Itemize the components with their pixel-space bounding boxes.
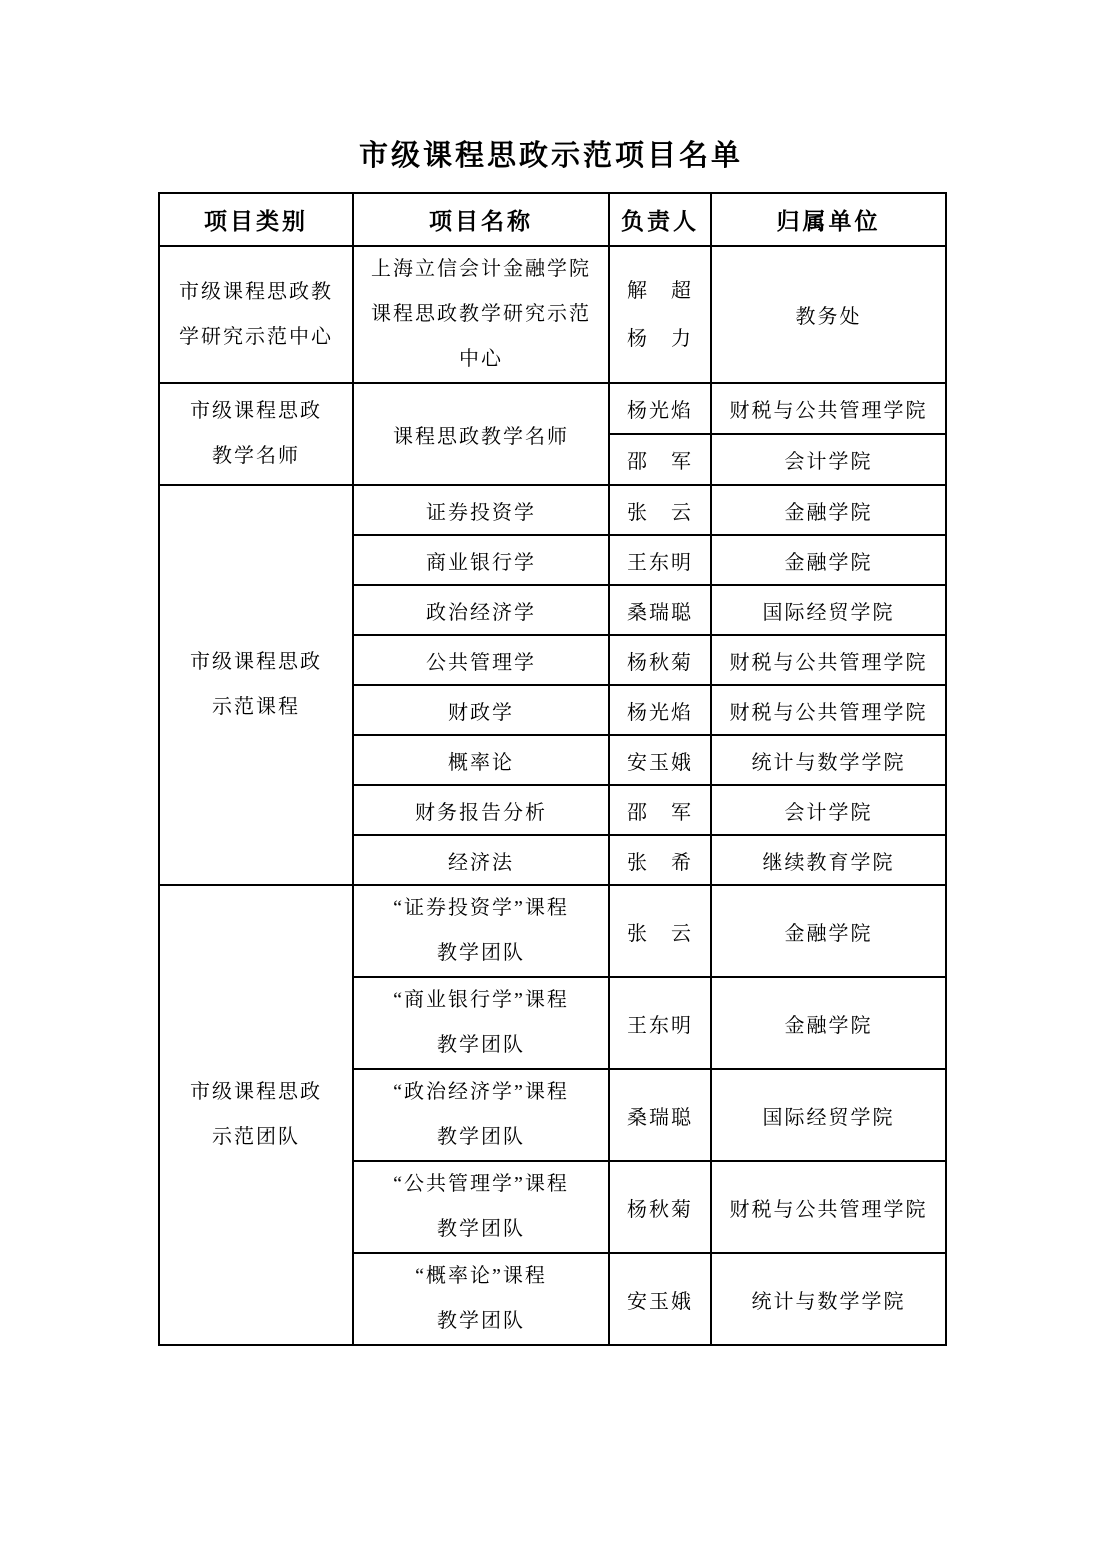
unit-cell: 统计与数学学院 xyxy=(711,1253,946,1345)
leader-cell: 张 云 xyxy=(609,885,711,977)
leader-cell: 解 超 杨 力 xyxy=(609,246,711,383)
projects-table: 项目类别 项目名称 负责人 归属单位 市级课程思政教 学研究示范中心 上海立信会… xyxy=(158,192,947,1346)
unit-cell: 财税与公共管理学院 xyxy=(711,383,946,434)
header-row: 项目类别 项目名称 负责人 归属单位 xyxy=(159,193,946,246)
leader-cell: 邵 军 xyxy=(609,434,711,485)
col-header-project-category: 项目类别 xyxy=(159,193,353,246)
project-name-cell: “公共管理学”课程 教学团队 xyxy=(353,1161,609,1253)
unit-cell: 会计学院 xyxy=(711,434,946,485)
project-name-cell: 经济法 xyxy=(353,835,609,885)
unit-cell: 金融学院 xyxy=(711,535,946,585)
leader-cell: 杨秋菊 xyxy=(609,1161,711,1253)
unit-cell: 金融学院 xyxy=(711,485,946,535)
leader-cell: 桑瑞聪 xyxy=(609,585,711,635)
project-name-cell: 商业银行学 xyxy=(353,535,609,585)
project-name-cell: 上海立信会计金融学院 课程思政教学研究示范 中心 xyxy=(353,246,609,383)
leader-cell: 桑瑞聪 xyxy=(609,1069,711,1161)
unit-cell: 财税与公共管理学院 xyxy=(711,685,946,735)
project-name-cell: 概率论 xyxy=(353,735,609,785)
unit-cell: 统计与数学学院 xyxy=(711,735,946,785)
category-cell: 市级课程思政 示范团队 xyxy=(159,885,353,1345)
table-row: 市级课程思政教 学研究示范中心 上海立信会计金融学院 课程思政教学研究示范 中心… xyxy=(159,246,946,383)
unit-cell: 财税与公共管理学院 xyxy=(711,635,946,685)
category-cell: 市级课程思政教 学研究示范中心 xyxy=(159,246,353,383)
col-header-project-name: 项目名称 xyxy=(353,193,609,246)
project-name-cell: “证券投资学”课程 教学团队 xyxy=(353,885,609,977)
leader-cell: 张 希 xyxy=(609,835,711,885)
leader-cell: 杨秋菊 xyxy=(609,635,711,685)
leader-cell: 王东明 xyxy=(609,977,711,1069)
leader-cell: 安玉娥 xyxy=(609,1253,711,1345)
project-name-cell: 财务报告分析 xyxy=(353,785,609,835)
leader-cell: 杨光焰 xyxy=(609,685,711,735)
leader-cell: 邵 军 xyxy=(609,785,711,835)
category-cell: 市级课程思政 教学名师 xyxy=(159,383,353,485)
table-row: 市级课程思政 示范课程 证券投资学 张 云 金融学院 xyxy=(159,485,946,535)
leader-cell: 张 云 xyxy=(609,485,711,535)
project-name-cell: 课程思政教学名师 xyxy=(353,383,609,485)
page-title: 市级课程思政示范项目名单 xyxy=(0,138,1102,174)
table-row: 市级课程思政 示范团队 “证券投资学”课程 教学团队 张 云 金融学院 xyxy=(159,885,946,977)
leader-cell: 安玉娥 xyxy=(609,735,711,785)
document-page: 市级课程思政示范项目名单 项目类别 项目名称 负责人 归属单位 市级课程思政教 … xyxy=(0,0,1102,1559)
unit-cell: 金融学院 xyxy=(711,977,946,1069)
unit-cell: 教务处 xyxy=(711,246,946,383)
category-cell: 市级课程思政 示范课程 xyxy=(159,485,353,885)
table-row: 市级课程思政 教学名师 课程思政教学名师 杨光焰 财税与公共管理学院 xyxy=(159,383,946,434)
unit-cell: 会计学院 xyxy=(711,785,946,835)
project-name-cell: 证券投资学 xyxy=(353,485,609,535)
unit-cell: 金融学院 xyxy=(711,885,946,977)
leader-cell: 王东明 xyxy=(609,535,711,585)
unit-cell: 国际经贸学院 xyxy=(711,1069,946,1161)
project-name-cell: 财政学 xyxy=(353,685,609,735)
col-header-unit: 归属单位 xyxy=(711,193,946,246)
project-name-cell: “商业银行学”课程 教学团队 xyxy=(353,977,609,1069)
project-name-cell: “政治经济学”课程 教学团队 xyxy=(353,1069,609,1161)
col-header-leader: 负责人 xyxy=(609,193,711,246)
unit-cell: 财税与公共管理学院 xyxy=(711,1161,946,1253)
project-name-cell: “概率论”课程 教学团队 xyxy=(353,1253,609,1345)
unit-cell: 国际经贸学院 xyxy=(711,585,946,635)
leader-cell: 杨光焰 xyxy=(609,383,711,434)
project-name-cell: 公共管理学 xyxy=(353,635,609,685)
project-name-cell: 政治经济学 xyxy=(353,585,609,635)
unit-cell: 继续教育学院 xyxy=(711,835,946,885)
